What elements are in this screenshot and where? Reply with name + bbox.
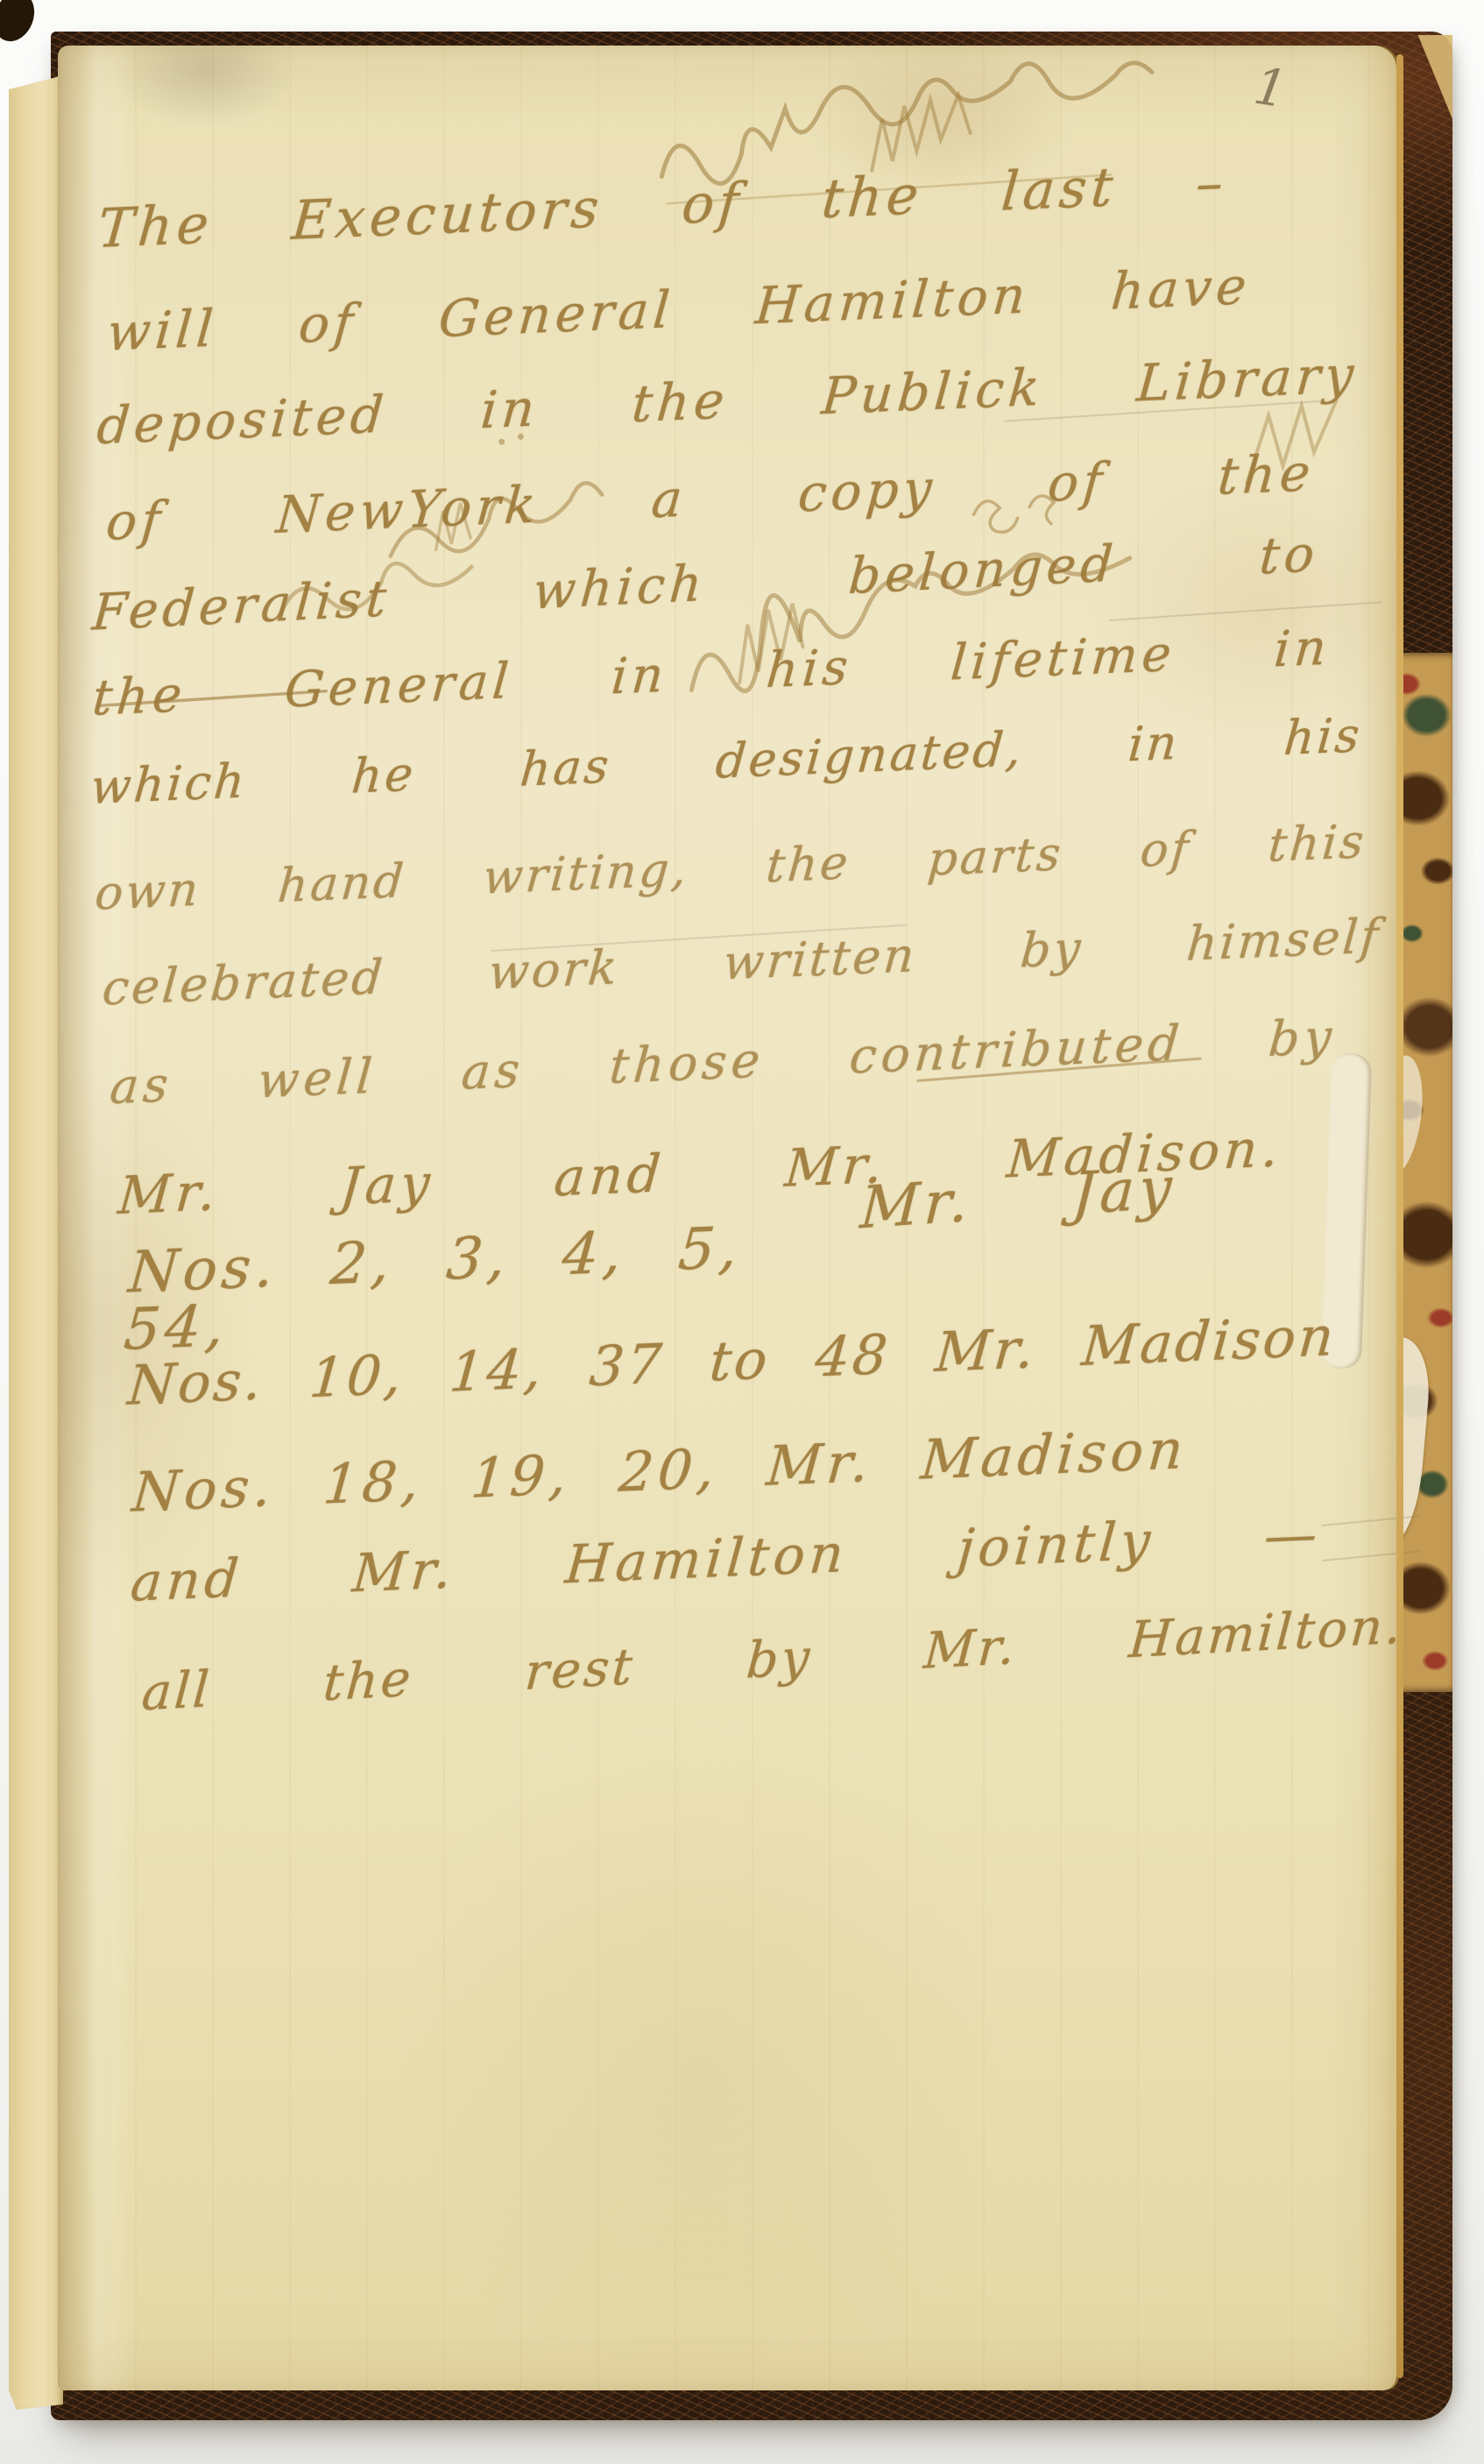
photo-background: 1 bbox=[0, 0, 1484, 2464]
flyleaf-page bbox=[9, 75, 63, 2410]
ruled-show-through-line bbox=[1109, 602, 1382, 620]
manuscript-line: as well as those contributed by bbox=[109, 1013, 1338, 1112]
ink-dot bbox=[498, 439, 505, 445]
manuscript-line: Nos. 18, 19, 20, Mr. Madison bbox=[131, 1422, 1190, 1520]
ruled-show-through-line bbox=[1323, 1551, 1420, 1561]
manuscript-line: Mr. Jay bbox=[859, 1158, 1177, 1237]
manuscript-line: and Mr. Hamilton jointly — bbox=[129, 1508, 1324, 1610]
manuscript-line: which he has designated, in his bbox=[89, 712, 1364, 811]
manuscript-line: own hand writing, the parts of this bbox=[93, 818, 1367, 917]
manuscript-line: celebrated work written by himself bbox=[101, 912, 1382, 1012]
worn-corner bbox=[1410, 35, 1452, 119]
manuscript-line: deposited in the Publick Library bbox=[95, 349, 1360, 451]
manuscript-line: Federalist which belonged to bbox=[90, 529, 1320, 638]
manuscript-line: of NewYork a copy of the bbox=[104, 447, 1317, 548]
manuscript-line: all the rest by Mr. Hamilton. bbox=[140, 1601, 1405, 1718]
manuscript-page: 1 bbox=[58, 46, 1396, 2390]
manuscript-text: The Executors of the last – will of Gene… bbox=[47, 0, 1480, 2391]
leather-corner-nub bbox=[0, 0, 41, 47]
manuscript-line: will of General Hamilton have bbox=[105, 260, 1253, 358]
ruled-show-through-line bbox=[1322, 1516, 1419, 1526]
manuscript-line: the General in his lifetime in bbox=[90, 624, 1332, 724]
ink-scribble bbox=[869, 95, 972, 171]
manuscript-line: The Executors of the last – bbox=[96, 156, 1230, 256]
